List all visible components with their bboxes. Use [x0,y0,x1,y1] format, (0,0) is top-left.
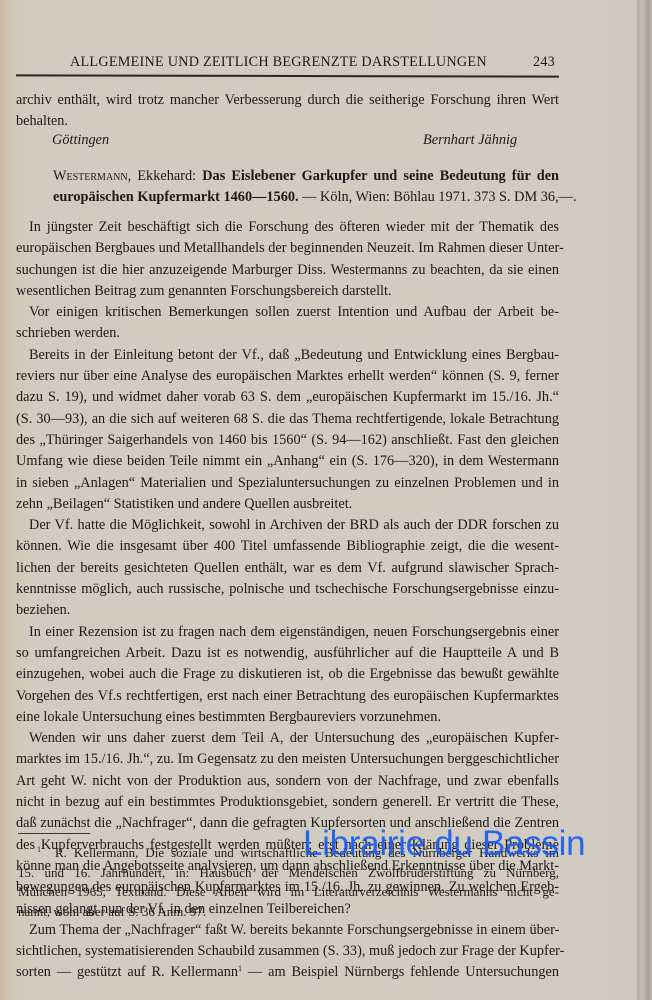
text-line: Vorgehen des Vf.s rechtfertigen, erst na… [16,686,559,707]
text-line: Vor einigen kritischen Bemerkungen solle… [16,302,559,323]
text-line: In einer Rezension ist zu fragen nach de… [16,622,559,643]
footnote-line: nannt, wohl aber auf S. 36 Anm. 97. [18,902,559,922]
book-title-part-1: Das Eislebener Garkupfer und seine Bedeu… [202,168,559,184]
paragraph: Vor einigen kritischen Bemerkungen solle… [16,302,559,345]
text-line: beziehen. [16,600,559,621]
page-number: 243 [533,54,555,71]
text-line: reviers nur über eine Analyse des europä… [16,366,559,387]
text-line: behalten. [16,111,559,132]
paragraph: Zum Thema der „Nachfrager“ faßt W. berei… [16,920,559,984]
text-segment: sorten — gestützt auf R. Kellermann [16,964,238,980]
publication-info: — Köln, Wien: Böhlau 1971. 373 S. DM 36,… [299,189,577,205]
text-line: wesentlichen Beitrag zum genannten Forsc… [16,281,559,302]
text-line: dazu S. 19), und widmet daher vorab 63 S… [16,387,559,408]
text-line: europäischen Bergbaues und Metallhandels… [16,238,559,259]
running-head-title: ALLGEMEINE UND ZEITLICH BEGRENZTE DARSTE… [70,54,487,71]
paragraph: In einer Rezension ist zu fragen nach de… [16,622,559,728]
paragraph: Bereits in der Einleitung betont der Vf.… [16,345,559,515]
text-line: lichen der bereits gesichteten Quellen e… [16,558,559,579]
text-line: eine lokale Untersuchung eines bestimmte… [16,707,559,728]
text-line: marktes im 15./16. Jh.“, zu. Im Gegensat… [16,749,559,770]
signature-place: Göttingen [52,132,109,149]
text-line: suchungen ist die hier anzuzeigende Marb… [16,260,559,281]
biblio-line-2: europäischen Kupfermarkt 1460—1560. — Kö… [53,187,559,208]
paragraph: In jüngster Zeit beschäftigt sich die Fo… [16,217,559,302]
text-line: Wenden wir uns daher zuerst dem Teil A, … [16,728,559,749]
footnote-line: 15. und 16. Jahrhundert, in: Hausbuch de… [18,863,559,883]
text-segment: — am Beispiel Nürnbergs fehlende Untersu… [242,964,559,980]
text-line: Umfang wie diese beiden Teile nimmt ein … [16,451,559,472]
footnote-rule [18,833,90,834]
author-given: , Ekkehard: [128,168,203,184]
text-line: kenntnisse möglich, auch russische, poln… [16,579,559,600]
text-line: so umfangreichen Arbeit. Dazu ist es not… [16,643,559,664]
watermark: Librairie du Bassin [303,824,585,864]
paragraph: Der Vf. hatte die Möglichkeit, sowohl in… [16,515,559,621]
biblio-line-1: Westermann, Ekkehard: Das Eislebener Gar… [53,166,559,187]
text-line: sorten — gestützt auf R. Kellermann1 — a… [16,962,559,983]
text-line: Der Vf. hatte die Möglichkeit, sowohl in… [16,515,559,536]
author-surname: Westermann [53,168,128,184]
text-line: können. Wie die insgesamt über 400 Titel… [16,536,559,557]
text-line: archiv enthält, wird trotz mancher Verbe… [16,90,559,111]
text-line: nicht in bezug auf ein bestimmtes Produk… [16,792,559,813]
text-line: zehn „Beilagen“ Statistiken und andere Q… [16,494,559,515]
text-line: schrieben werden. [16,323,559,344]
footnote-marker: 1 [37,845,41,854]
footnote-line: München 1965, Textband. Diese Arbeit wir… [18,882,559,902]
text-line: (S. 30—93), an die sich auf weiteren 68 … [16,409,559,430]
previous-review-ending: archiv enthält, wird trotz mancher Verbe… [16,90,559,133]
header-rule [16,74,559,77]
book-title-part-2: europäischen Kupfermarkt 1460—1560. [53,189,299,205]
bibliographic-entry: Westermann, Ekkehard: Das Eislebener Gar… [53,166,559,207]
signature-reviewer: Bernhart Jähnig [423,132,517,149]
text-line: Bereits in der Einleitung betont der Vf.… [16,345,559,366]
text-line: einzugehen, wobei auch die Frage zu disk… [16,664,559,685]
text-line: sichtlichen, systematisierenden Schaubil… [16,941,559,962]
text-line: in sieben „Anlagen“ Materialien und Spez… [16,473,559,494]
text-line: des „Thüringer Saigerhandels von 1460 bi… [16,430,559,451]
text-line: Zum Thema der „Nachfrager“ faßt W. berei… [16,920,559,941]
text-line: Art geht W. nicht von der Produktion aus… [16,771,559,792]
text-line: In jüngster Zeit beschäftigt sich die Fo… [16,217,559,238]
